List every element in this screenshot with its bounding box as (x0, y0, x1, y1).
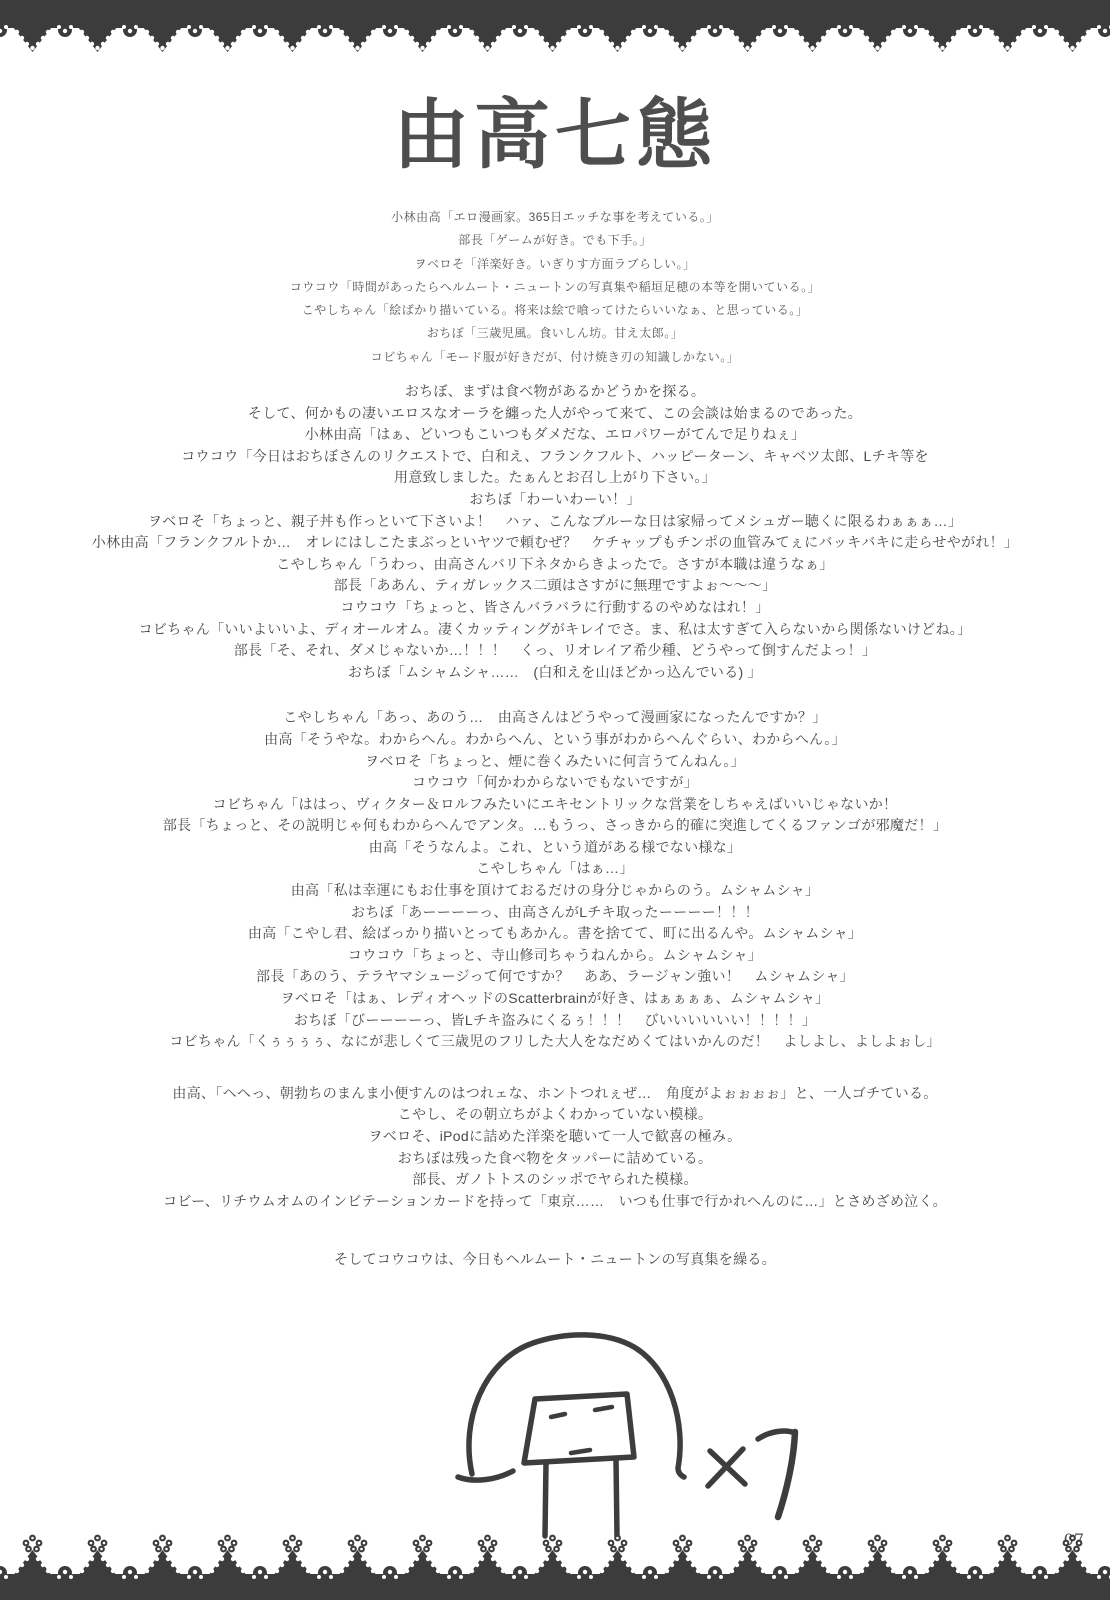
text-line: 由高、「ヘヘっ、朝勃ちのまんま小便すんのはつれェな、ホントつれぇぜ… 角度がよぉ… (0, 1083, 1110, 1105)
scanned-doujinshi-page: 由高七態 小林由高「エロ漫画家。365日エッチな事を考えている。」部長「ゲームが… (0, 0, 1110, 1600)
text-line: 由高「私は幸運にもお仕事を頂けておるだけの身分じゃからのう。ムシャムシャ」 (0, 880, 1110, 902)
text-line: こやしちゃん「はぁ…」 (0, 858, 1110, 880)
text-line: おちぼ「わーいわーい！」 (0, 489, 1110, 511)
text-line: 用意致しました。たぁんとお召し上がり下さい。」 (0, 467, 1110, 489)
text-line: 部長、ガノトトスのシッポでヤられた模様。 (0, 1169, 1110, 1191)
text-line: こやしちゃん「うわっ、由高さんバリ下ネタからきよったで。さすが本職は違うなぁ」 (0, 554, 1110, 576)
intro-line: こやしちゃん「絵ばかり描いている。将来は絵で喰ってけたらいいなぁ、と思っている。… (0, 299, 1110, 322)
lace-border-top (0, 0, 1110, 56)
page-title: 由高七態 (0, 97, 1110, 173)
doodle-hair-brim (458, 1471, 513, 1480)
text-line: 小林由高「はぁ、どいつもこいつもダメだな、エロパワーがてんで足りねぇ」 (0, 424, 1110, 446)
text-line: おちぼ「あーーーーっ、由高さんがLチキ取ったーーーー！！！ (0, 902, 1110, 924)
dialogue-paragraph: おちぼ、まずは食べ物があるかどうかを探る。そして、何かもの凄いエロスなオーラを纏… (0, 381, 1110, 683)
intro-line: コビちゃん「モード服が好きだが、付け焼き刃の知識しかない。」 (0, 346, 1110, 369)
character-intro-list: 小林由高「エロ漫画家。365日エッチな事を考えている。」部長「ゲームが好き。でも… (0, 206, 1110, 369)
text-line: ヲベロそ、iPodに詰めた洋楽を聴いて一人で歓喜の極み。 (0, 1126, 1110, 1148)
text-line: 小林由高「フランクフルトか… オレにはしこたまぶっといヤツで頼むぜ？ ケチャップ… (0, 532, 1110, 554)
text-line: ヲベロそ「ちょっと、煙に巻くみたいに何言うてんねん。」 (0, 751, 1110, 773)
intro-line: 部長「ゲームが好き。でも下手。」 (0, 229, 1110, 252)
text-line: そして、何かもの凄いエロスなオーラを纏った人がやって来て、この会談は始まるのであ… (0, 403, 1110, 425)
dialogue-paragraph: こやしちゃん「あっ、あのう… 由高さんはどうやって漫画家になったんですか？」由高… (0, 707, 1110, 1053)
text-line: 部長「ああん、ティガレックス二頭はさすがに無理ですよぉ～～～」 (0, 575, 1110, 597)
doodle-body-left (545, 1463, 546, 1536)
text-line: 部長「ちょっと、その説明じゃ何もわからへんでアンタ。…もうっ、さっきから的確に突… (0, 815, 1110, 837)
text-line: こやしちゃん「あっ、あのう… 由高さんはどうやって漫画家になったんですか？」 (0, 707, 1110, 729)
text-line: コウコウ「何かわからないでもないですが」 (0, 772, 1110, 794)
text-line: コビちゃん「ははっ、ヴィクター＆ロルフみたいにエキセントリックな営業をしちゃえば… (0, 794, 1110, 816)
dialogue-paragraph: そしてコウコウは、今日もヘルムート・ニュートンの写真集を繰る。 (0, 1249, 1110, 1271)
text-line: 由高「こやし君、絵ばっかり描いとってもあかん。書を捨てて、町に出るんや。ムシャム… (0, 923, 1110, 945)
text-line: おちぼは残った食べ物をタッパーに詰めている。 (0, 1148, 1110, 1170)
text-line: おちぼ「ムシャムシャ…… (白和えを山ほどかっ込んでいる) 」 (0, 662, 1110, 684)
intro-line: 小林由高「エロ漫画家。365日エッチな事を考えている。」 (0, 206, 1110, 229)
doodle-mouth (571, 1450, 590, 1453)
text-line: 由高「そうなんよ。これ、という道がある様でない様な」 (0, 837, 1110, 859)
text-line: おちぼ「びーーーーっ、皆Lチキ盗みにくるぅ！！！ びいいいいいい！！！！」 (0, 1010, 1110, 1032)
text-line: 由高「そうやな。わからへん。わからへん、という事がわからへんぐらい、わからへん。… (0, 729, 1110, 751)
text-line: ヲベロそ「はぁ、レディオヘッドのScatterbrainが好き、はぁぁぁぁ、ムシ… (0, 988, 1110, 1010)
text-line: ヲベロそ「ちょっと、親子丼も作っといて下さいよ！ ハァ、こんなブルーな日は家帰っ… (0, 511, 1110, 533)
text-line: コビちゃん「いいよいいよ、ディオールオム。凄くカッティングがキレイでさ。ま、私は… (0, 619, 1110, 641)
text-line: こやし、その朝立ちがよくわかっていない模様。 (0, 1104, 1110, 1126)
text-line: コビちゃん「くぅぅぅぅ、なにが悲しくて三歳児のフリした大人をなだめくてはいかんの… (0, 1031, 1110, 1053)
dialogue-paragraph: 由高、「ヘヘっ、朝勃ちのまんま小便すんのはつれェな、ホントつれぇぜ… 角度がよぉ… (0, 1083, 1110, 1213)
doodle-eye-right (595, 1407, 612, 1410)
kokeshi-doodle (400, 1298, 850, 1540)
dialogue-text: おちぼ、まずは食べ物があるかどうかを探る。そして、何かもの凄いエロスなオーラを纏… (0, 381, 1110, 1271)
text-line: おちぼ、まずは食べ物があるかどうかを探る。 (0, 381, 1110, 403)
intro-line: おちぼ「三歳児風。食いしん坊。甘え太郎。」 (0, 322, 1110, 345)
text-line: コウコウ「ちょっと、皆さんバラバラに行動するのやめなはれ！」 (0, 597, 1110, 619)
text-line: コウコウ「ちょっと、寺山修司ちゃうねんから。ムシャムシャ」 (0, 945, 1110, 967)
text-line: そしてコウコウは、今日もヘルムート・ニュートンの写真集を繰る。 (0, 1249, 1110, 1271)
intro-line: コウコウ「時間があったらヘルムート・ニュートンの写真集や稲垣足穂の本等を開いてい… (0, 276, 1110, 299)
times-seven-mark (708, 1431, 795, 1517)
text-line: 部長「そ、それ、ダメじゃないか…！！！ くっ、リオレイア希少種、どうやって倒すん… (0, 640, 1110, 662)
text-line: 部長「あのう、テラヤマシュージって何ですか？ ああ、ラージャン強い！ ムシャムシ… (0, 966, 1110, 988)
doodle-eye-left (551, 1414, 565, 1417)
lace-border-bottom (0, 1528, 1110, 1600)
text-line: コビー、リチウムオムのインビテーションカードを持って「東京…… いつも仕事で行か… (0, 1191, 1110, 1213)
doodle-body-right (616, 1459, 617, 1536)
text-line: コウコウ「今日はおちぼさんのリクエストで、白和え、フランクフルト、ハッピーターン… (0, 446, 1110, 468)
intro-line: ヲベロそ「洋楽好き。いぎりす方面ラブらしい。」 (0, 253, 1110, 276)
